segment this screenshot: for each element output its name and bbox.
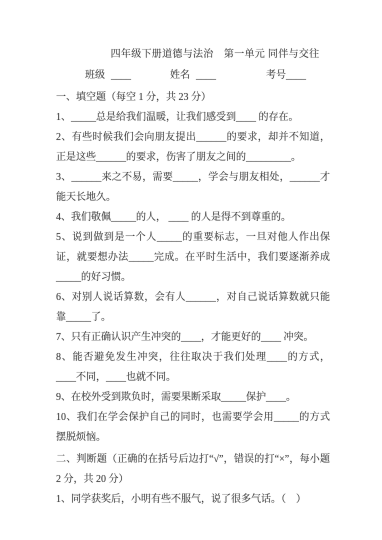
fill-question-7: 7、只有正确认识产生冲突的____，才能更好的____ 冲突。 <box>56 328 330 348</box>
section-2-heading: 二、判断题（正确的在括号后边打“√”，错误的打“×”，每小题 2 分，共 20 … <box>56 450 330 490</box>
name-label: 姓名 <box>170 70 190 81</box>
document-title: 四年级下册道德与法治 第一单元 同伴与交往 <box>56 45 330 65</box>
judge-question-1: 1、同学获奖后，小明有些不服气，说了很多气话。（ ） <box>56 490 330 510</box>
fill-question-8: 8、能否避免发生冲突，往往取决于我们处理____的方式，____不同，____也… <box>56 348 330 388</box>
class-blank: ____ <box>111 70 131 81</box>
fill-question-6: 6、对别人说话算数，会有人______，对自己说话算数就只能靠_____了。 <box>56 288 330 328</box>
class-field: 班级____ <box>85 66 131 86</box>
fill-question-1: 1、_____总是给我们温暖，让我们感受到____ 的存在。 <box>56 108 330 128</box>
name-field: 姓名____ <box>170 66 216 86</box>
fill-question-2: 2、有些时候我们会向朋友提出______的要求，却并不知道，正是这些______… <box>56 128 330 168</box>
fill-question-4: 4、我们敬佩_____的人， ____ 的人是得不到尊重的。 <box>56 208 330 228</box>
exam-paper: 四年级下册道德与法治 第一单元 同伴与交往 班级____姓名____考号____… <box>0 0 382 540</box>
class-label: 班级 <box>85 70 105 81</box>
exam-number-blank: ____ <box>286 70 306 81</box>
fill-question-5: 5、说到做到是一个人_____的重要标志，一旦对他人作出保证，就要想办法____… <box>56 228 330 288</box>
header-fields: 班级____姓名____考号____ <box>56 66 330 86</box>
section-1-heading: 一、填空题（每空 1 分，共 23 分） <box>56 88 330 108</box>
fill-question-10: 10、我们在学会保护自己的同时，也需要学会用_____的方式摆脱烦恼。 <box>56 408 330 448</box>
exam-number-label: 考号 <box>266 70 286 81</box>
fill-question-3: 3、______来之不易，需要_____，学会与朋友相处，______才能天长地… <box>56 168 330 208</box>
exam-number-field: 考号____ <box>266 66 306 86</box>
name-blank: ____ <box>196 70 216 81</box>
fill-question-9: 9、在校外受到欺负时，需要果断采取_____保护____。 <box>56 388 330 408</box>
